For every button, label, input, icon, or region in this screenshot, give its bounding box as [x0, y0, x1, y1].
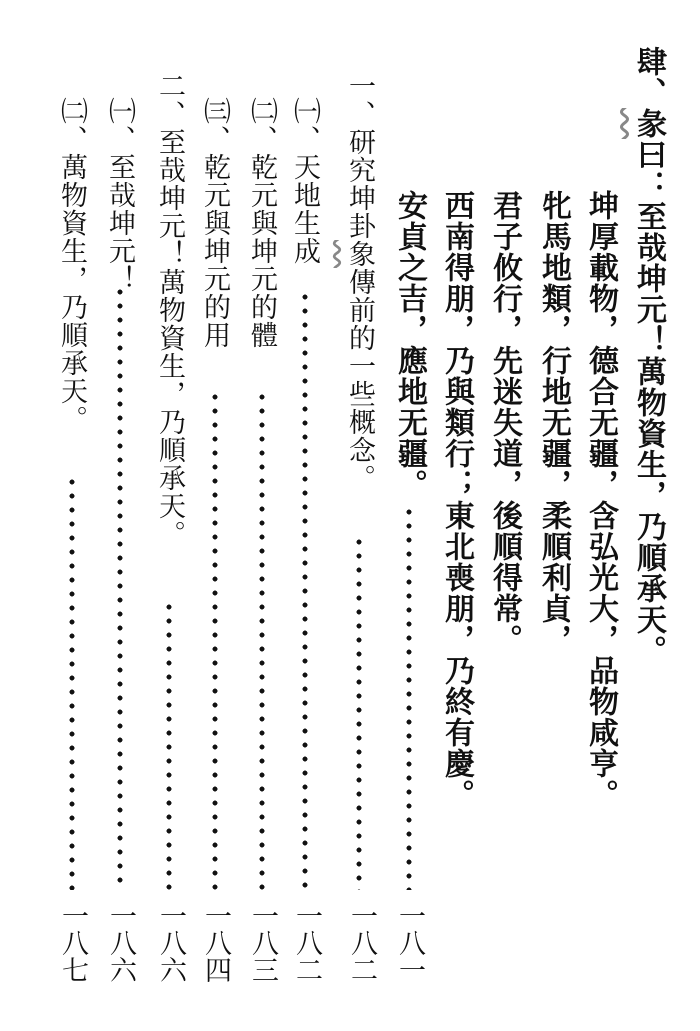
- toc-entry-1-pre: 一、研究坤卦: [344, 72, 375, 240]
- toc-entry-6-page[interactable]: 一八六: [100, 902, 140, 983]
- section-line-1: 坤厚載物，德合无疆，含弘光大，品物咸亨。: [585, 190, 615, 810]
- toc-entry-5-page[interactable]: 一八六: [150, 902, 190, 983]
- section-page-number[interactable]: 一八一: [389, 902, 429, 983]
- section-line-5: 安貞之吉，應地无疆。: [394, 190, 424, 500]
- section-line-2: 牝馬地類，行地无疆，柔順利貞，: [538, 190, 568, 655]
- section-leader: [406, 505, 412, 890]
- toc-entry-3[interactable]: ㈡、乾元與坤元的體: [248, 97, 275, 349]
- section-line-3: 君子攸行，先迷失道，後順得常。: [489, 190, 519, 655]
- toc-entry-5[interactable]: 二、至哉坤元！萬物資生，乃順承天。: [156, 72, 183, 548]
- section-separator: 、: [631, 77, 666, 108]
- toc-entry-2[interactable]: ㈠、天地生成: [291, 97, 318, 265]
- section-number: 肆: [631, 46, 666, 77]
- toc-entry-1-post: 傳前的一些概念。: [344, 268, 375, 492]
- toc-entry-7-leader: [69, 475, 75, 890]
- toc-entry-4[interactable]: ㈢、乾元與坤元的用: [201, 97, 228, 349]
- toc-entry-1-leader: [356, 535, 362, 890]
- section-title-marked: 彖: [631, 108, 666, 139]
- toc-entry-4-leader: [212, 390, 218, 890]
- toc-entry-4-page[interactable]: 一八四: [195, 902, 235, 983]
- toc-entry-2-page[interactable]: 一八二: [286, 902, 326, 983]
- toc-entry-6[interactable]: ㈠、至哉坤元！: [106, 97, 133, 293]
- section-heading: 肆、彖曰：至哉坤元！萬物資生，乃順承天。: [633, 46, 663, 666]
- toc-entry-3-page[interactable]: 一八三: [242, 902, 282, 983]
- toc-entry-5-leader: [166, 600, 172, 890]
- toc-entry-1-marked: 象: [344, 240, 375, 268]
- toc-entry-1-page[interactable]: 一八二: [341, 902, 381, 983]
- section-title: 曰：至哉坤元！萬物資生，乃順承天。: [631, 139, 666, 666]
- toc-entry-3-leader: [259, 390, 265, 890]
- toc-entry-7-page[interactable]: 一八七: [52, 902, 92, 983]
- toc-entry-2-leader: [302, 290, 308, 890]
- toc-entry-6-leader: [117, 285, 123, 890]
- toc-entry-7[interactable]: ㈡、萬物資生，乃順承天。: [58, 97, 85, 433]
- toc-entry-1[interactable]: 一、研究坤卦象傳前的一些概念。: [346, 72, 373, 492]
- section-line-4: 西南得朋，乃與類行；東北喪朋，乃終有慶。: [441, 190, 471, 810]
